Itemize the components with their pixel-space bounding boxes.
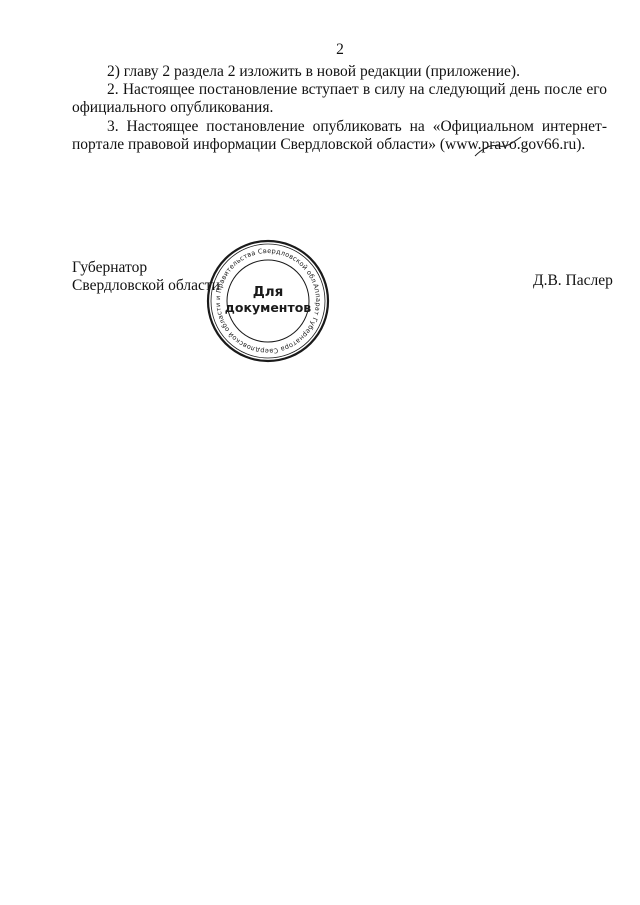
- stamp-center-line2: документов: [225, 300, 311, 315]
- stamp-seal-icon: Аппарат Губернатора Свердловской области…: [205, 238, 331, 364]
- paragraph-item-2: 2) главу 2 раздела 2 изложить в новой ре…: [72, 63, 607, 81]
- signatory-region: Свердловской области: [72, 277, 220, 295]
- signatory-title: Губернатор: [72, 259, 220, 277]
- signatory-position: Губернатор Свердловской области: [72, 259, 220, 295]
- stamp-center-line1: Для: [253, 284, 284, 300]
- paragraph-clause-2: 2. Настоящее постановление вступает в си…: [72, 81, 607, 117]
- document-body: 2) главу 2 раздела 2 изложить в новой ре…: [72, 63, 607, 154]
- signatory-name: Д.В. Паслер: [533, 272, 613, 290]
- official-stamp: Аппарат Губернатора Свердловской области…: [205, 238, 331, 364]
- page-number: 2: [0, 41, 640, 59]
- paragraph-clause-3: 3. Настоящее постановление опубликовать …: [72, 118, 607, 154]
